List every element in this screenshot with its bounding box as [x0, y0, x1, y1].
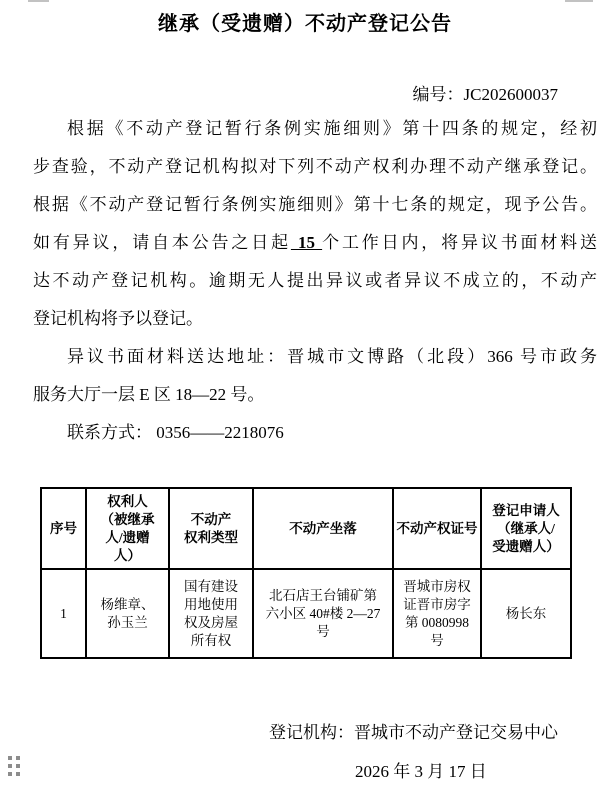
- table-header-row: 序号 权利人 （被继承 人/遗赠 人） 不动产 权利类型 不动产坐落 不动产权证…: [41, 488, 571, 569]
- body-line-segment: 个工作日内，将异议书面材料送: [322, 233, 597, 252]
- cell-cert-number: 晋城市房权 证晋市房字 第 0080998 号: [393, 569, 481, 658]
- drag-handle-dot: [8, 756, 12, 760]
- objection-days-value: 15: [291, 233, 322, 252]
- drag-handle-dot: [8, 764, 12, 768]
- body-line: 达不动产登记机构。逾期无人提出异议或者异议不成立的，不动产: [33, 262, 597, 300]
- body-text: 根据《不动产登记暂行条例实施细则》第十四条的规定，经初 步查验，不动产登记机构拟…: [33, 110, 597, 452]
- announcement-page: 继承（受遗赠）不动产登记公告 编号：JC202600037 根据《不动产登记暂行…: [0, 0, 610, 797]
- body-line: 服务大厅一层 E 区 18—22 号。: [33, 376, 597, 414]
- body-line: 登记机构将予以登记。: [33, 300, 597, 338]
- top-edge-mark-left: [28, 0, 49, 2]
- drag-handle-dot: [8, 772, 12, 776]
- cell-seq: 1: [41, 569, 86, 658]
- registration-table: 序号 权利人 （被继承 人/遗赠 人） 不动产 权利类型 不动产坐落 不动产权证…: [40, 487, 572, 659]
- body-line: 异议书面材料送达地址：晋城市文博路（北段）366 号市政务: [33, 338, 597, 376]
- cell-rightholder: 杨维章、 孙玉兰: [86, 569, 169, 658]
- col-header-rightholder: 权利人 （被继承 人/遗赠 人）: [86, 488, 169, 569]
- drag-handle-dot: [16, 764, 20, 768]
- cell-right-type: 国有建设 用地使用 权及房屋 所有权: [169, 569, 253, 658]
- col-header-seq: 序号: [41, 488, 86, 569]
- announcement-date: 2026 年 3 月 17 日: [355, 757, 487, 782]
- col-header-cert-number: 不动产权证号: [393, 488, 481, 569]
- table-row: 1 杨维章、 孙玉兰 国有建设 用地使用 权及房屋 所有权 北石店王台铺矿第 六…: [41, 569, 571, 658]
- col-header-applicant: 登记申请人 （继承人/ 受遗赠人）: [481, 488, 571, 569]
- body-line-segment: 如有异议，请自本公告之日起: [33, 233, 291, 252]
- body-line: 根据《不动产登记暂行条例实施细则》第十四条的规定，经初: [33, 110, 597, 148]
- body-line: 根据《不动产登记暂行条例实施细则》第十七条的规定，现予公告。: [33, 186, 597, 224]
- body-line: 步查验，不动产登记机构拟对下列不动产权利办理不动产继承登记。: [33, 148, 597, 186]
- drag-handle-icon[interactable]: [8, 756, 20, 776]
- cell-applicant: 杨长东: [481, 569, 571, 658]
- col-header-right-type: 不动产 权利类型: [169, 488, 253, 569]
- registration-agency: 登记机构：晋城市不动产登记交易中心: [269, 718, 558, 743]
- body-line: 如有异议，请自本公告之日起 15 个工作日内，将异议书面材料送: [33, 224, 597, 262]
- page-title: 继承（受遗赠）不动产登记公告: [0, 7, 610, 36]
- top-edge-mark-right: [565, 0, 593, 2]
- drag-handle-dot: [16, 756, 20, 760]
- col-header-location: 不动产坐落: [253, 488, 393, 569]
- doc-number: 编号：JC202600037: [413, 80, 558, 105]
- contact-line: 联系方式： 0356——2218076: [33, 414, 597, 452]
- drag-handle-dot: [16, 772, 20, 776]
- cell-location: 北石店王台铺矿第 六小区 40#楼 2—27 号: [253, 569, 393, 658]
